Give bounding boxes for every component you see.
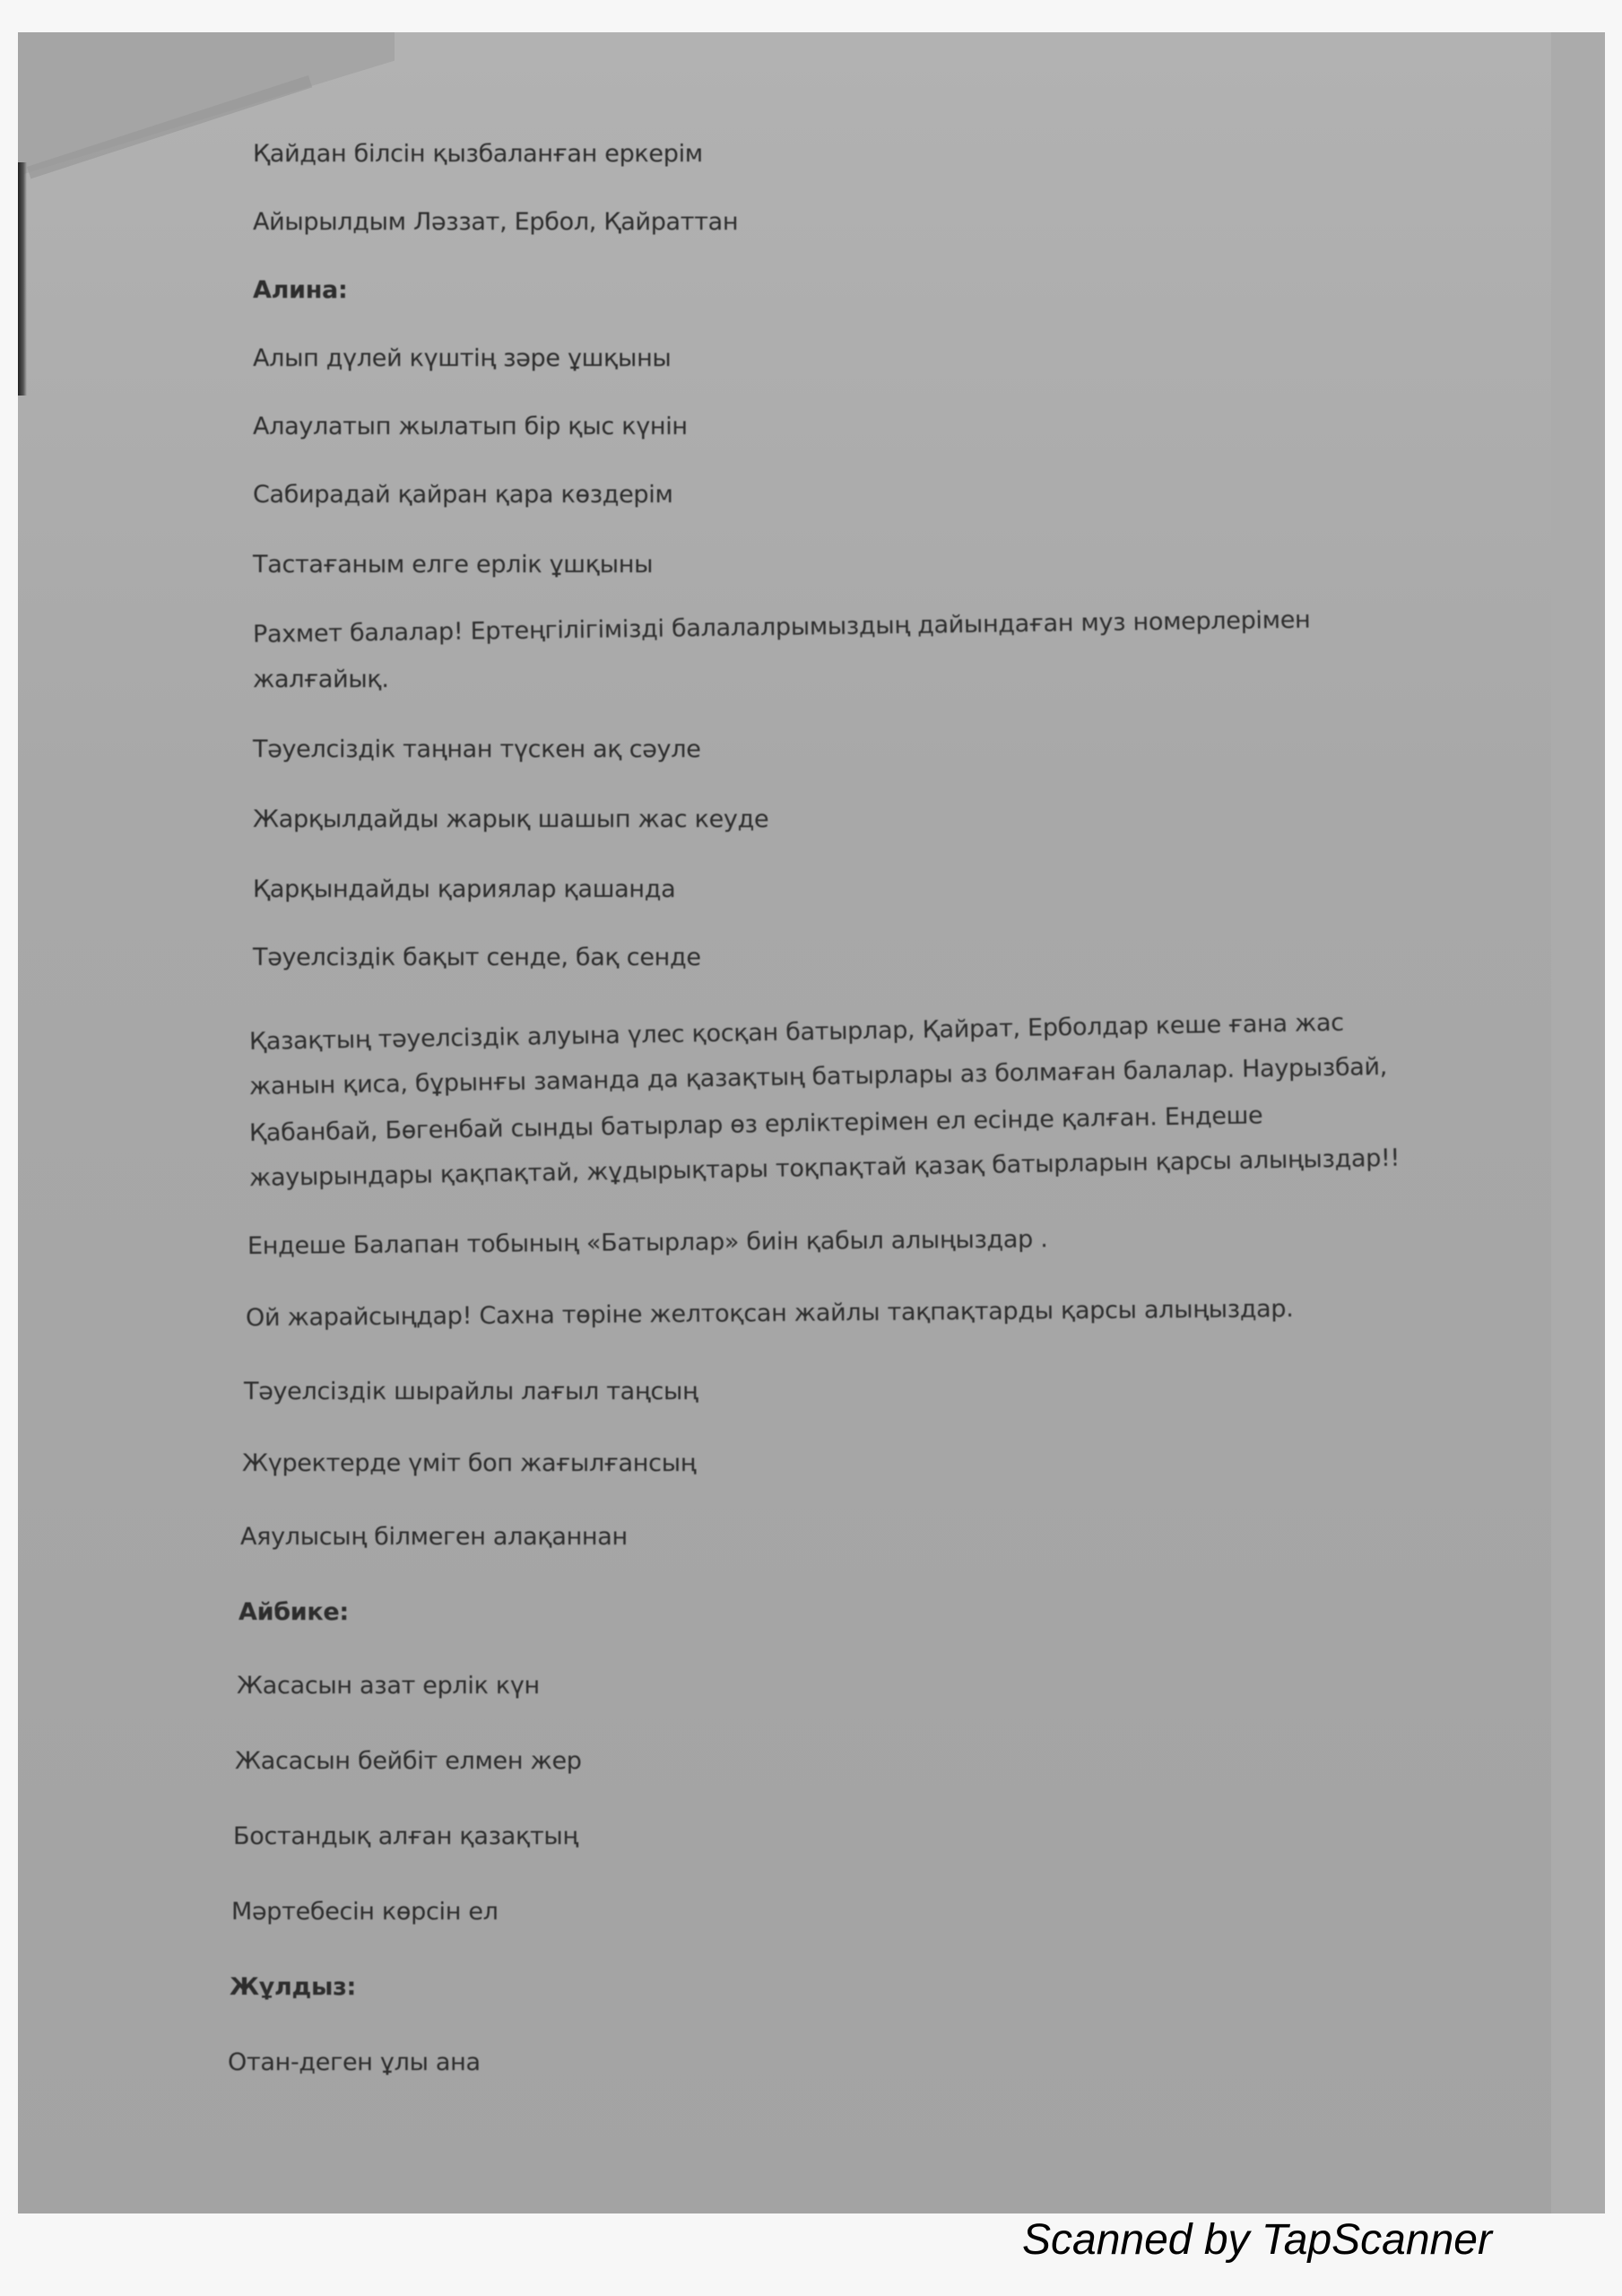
text-line: Қайдан білсін қызбаланған еркерім	[253, 140, 703, 168]
text-line: Алып дүлей күштің зәре ұшқыны	[253, 344, 671, 372]
text-line: жанын қиса, бұрынғы заманда да қазақтың …	[249, 1053, 1388, 1100]
speaker-label: Алина:	[253, 276, 347, 304]
text-line: Тәуелсіздік шырайлы лағыл таңсың	[244, 1378, 698, 1405]
text-line: Ой жарайсыңдар! Сахна төріне желтоқсан ж…	[246, 1295, 1294, 1332]
text-line: Тәуелсіздік бақыт сенде, бақ сенде	[253, 944, 701, 971]
text-line: Алаулатып жылатып бір қыс күнін	[253, 413, 688, 440]
speaker-label: Айбике:	[239, 1598, 349, 1626]
text-line: Рахмет балалар! Ертеңгілігімізді балалал…	[253, 606, 1311, 648]
text-line: Жасасын азат ерлік күн	[237, 1672, 540, 1700]
text-line: жауырындары қақпақтай, жұдырықтары тоқпа…	[249, 1144, 1401, 1192]
text-line: Ендеше Балапан тобының «Батырлар» биін қ…	[247, 1225, 1048, 1260]
text-line: Айырылдым Ләззат, Ербол, Қайраттан	[253, 208, 738, 236]
text-line: Сабирадай қайран қара көздерім	[253, 481, 673, 509]
text-line: Жарқылдайды жарық шашып жас кеуде	[253, 805, 768, 833]
text-line: Аяулысың білмеген алақаннан	[240, 1523, 628, 1551]
text-line: Жасасын бейбіт елмен жер	[235, 1747, 582, 1775]
text-line: Қазақтың тәуелсіздік алуына үлес қосқан …	[249, 1009, 1344, 1056]
text-line: Тәуелсіздік таңнан түскен ақ сәуле	[253, 735, 701, 763]
text-line: Бостандық алған қазақтың	[233, 1822, 578, 1850]
text-line: Отан-деген ұлы ана	[228, 2048, 481, 2076]
text-line: жалғайық.	[253, 665, 389, 693]
speaker-label: Жұлдыз:	[230, 1973, 356, 2001]
document-text: Қайдан білсін қызбаланған еркерім Айырыл…	[18, 32, 1605, 2213]
text-line: Жүректерде үміт боп жағылғансың	[242, 1449, 696, 1477]
text-line: Тастағаным елге ерлік ұшқыны	[253, 551, 653, 578]
text-line: Мәртебесін көрсін ел	[231, 1898, 499, 1926]
scanned-page: Қайдан білсін қызбаланған еркерім Айырыл…	[18, 32, 1605, 2213]
scanner-watermark: Scanned by TapScanner	[1022, 2215, 1492, 2265]
text-line: Қабанбай, Бөгенбай сынды батырлар өз ерл…	[249, 1101, 1263, 1147]
text-line: Қарқындайды қариялар қашанда	[253, 875, 675, 903]
